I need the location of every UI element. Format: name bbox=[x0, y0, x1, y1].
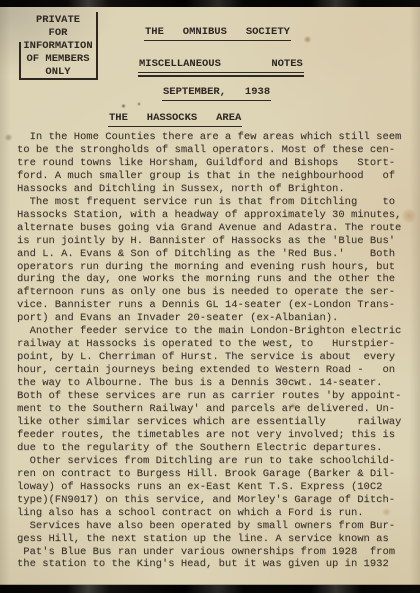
stain bbox=[402, 208, 416, 224]
private-stamp-box: PRIVATE FOR INFORMATION OF MEMBERS ONLY bbox=[20, 12, 98, 80]
stain bbox=[382, 508, 391, 516]
stain bbox=[121, 104, 126, 108]
stain bbox=[289, 403, 297, 409]
section-title: THE HASSOCKS AREA bbox=[108, 112, 242, 127]
stain bbox=[303, 36, 312, 43]
issue-date: SEPTEMBER, 1938 bbox=[162, 86, 271, 101]
society-title: THE OMNIBUS SOCIETY bbox=[144, 26, 291, 41]
scan-edge-top bbox=[0, 0, 420, 7]
newsletter-title: MISCELLANEOUS NOTES bbox=[138, 58, 304, 73]
scan-edge-bottom bbox=[0, 585, 420, 593]
scanned-document-page: PRIVATE FOR INFORMATION OF MEMBERS ONLY … bbox=[0, 0, 420, 593]
stain bbox=[4, 134, 13, 141]
article-body: In the Home Counties there are a few are… bbox=[17, 131, 401, 571]
stain bbox=[137, 102, 141, 106]
